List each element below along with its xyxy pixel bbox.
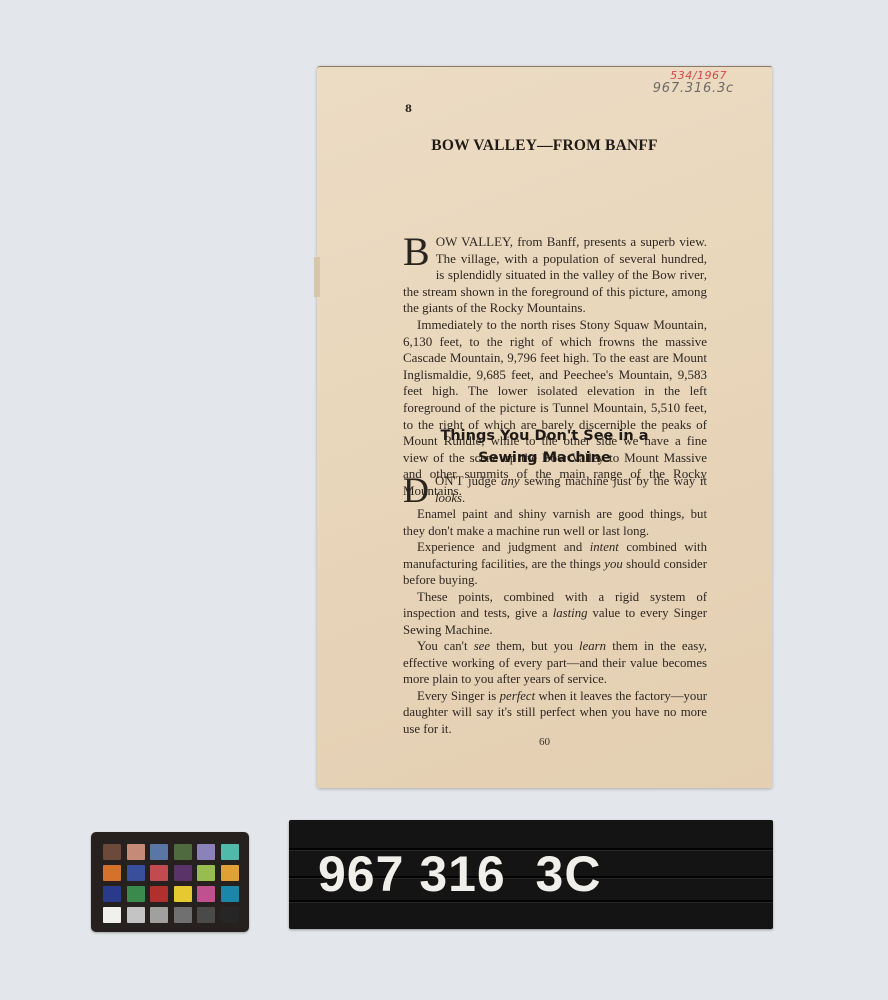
color-swatch (103, 844, 121, 860)
color-swatch (221, 865, 239, 881)
paragraph: Experience and judgment and intent combi… (403, 539, 707, 589)
page-number-top: 8 (405, 104, 412, 115)
color-swatch (197, 865, 215, 881)
color-swatch (103, 865, 121, 881)
drop-cap: D (403, 475, 429, 505)
color-swatch (197, 844, 215, 860)
color-swatch (150, 886, 168, 902)
paragraph: Enamel paint and shiny varnish are good … (403, 506, 707, 539)
color-checker-card (91, 832, 249, 932)
color-swatch (197, 886, 215, 902)
color-swatch (127, 907, 145, 923)
drop-cap: B (403, 236, 430, 268)
color-swatch (174, 844, 192, 860)
accession-number-pencil: 967.316.3c (653, 81, 734, 96)
color-swatch (103, 886, 121, 902)
color-swatch (221, 886, 239, 902)
section-title-bow-valley: BOW VALLEY—FROM BANFF (317, 137, 772, 155)
color-swatch (150, 865, 168, 881)
color-swatch (174, 907, 192, 923)
object-number-text: 967 316 3C (318, 847, 601, 901)
paragraph: Every Singer is perfect when it leaves t… (403, 688, 707, 738)
object-number-label: 967 316 3C (289, 820, 773, 929)
color-swatch (127, 865, 145, 881)
section-sewing-machine-body: DON'T judge any sewing machine just by t… (403, 473, 707, 737)
color-swatch (127, 886, 145, 902)
paragraph: These points, combined with a rigid syst… (403, 589, 707, 639)
paragraph: DON'T judge any sewing machine just by t… (403, 473, 707, 506)
color-swatch (127, 844, 145, 860)
color-swatch (174, 886, 192, 902)
color-swatch (103, 907, 121, 923)
section-title-sewing-line2: Sewing Machine (317, 447, 772, 469)
document-page: 534/1967 967.316.3c 8 BOW VALLEY—FROM BA… (317, 66, 772, 788)
color-swatch-grid (103, 844, 239, 923)
color-swatch (197, 907, 215, 923)
paragraph: BOW VALLEY, from Banff, presents a super… (403, 234, 707, 317)
color-swatch (150, 907, 168, 923)
color-swatch (174, 865, 192, 881)
page-number-bottom: 60 (317, 736, 772, 748)
color-swatch (221, 907, 239, 923)
paragraph: You can't see them, but you learn them i… (403, 638, 707, 688)
color-swatch (150, 844, 168, 860)
section-title-sewing-line1: Things You Don't See in a (317, 425, 772, 447)
color-swatch (221, 844, 239, 860)
